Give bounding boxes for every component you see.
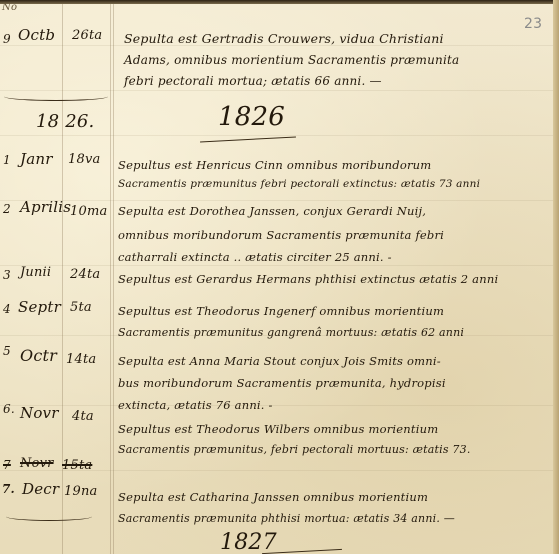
entry-text-line: Sacramentis præmunitus febri pectorali e… — [118, 178, 480, 190]
entry-text-line: Sacramentis præmunita phthisi mortua: æt… — [118, 512, 455, 525]
year-underline — [200, 136, 296, 142]
entry-text-line: omnibus moribundorum Sacramentis præmuni… — [118, 228, 444, 242]
year-heading: 1827 — [220, 530, 277, 554]
entry-month: Octb — [18, 26, 55, 44]
entry-number: 3 — [3, 268, 11, 282]
entry-text-line: Sacramentis præmunitus, febri pectorali … — [118, 443, 471, 456]
entry-day: 19na — [64, 484, 97, 499]
ruling — [0, 265, 553, 266]
entry-number: 9 — [3, 32, 11, 46]
entry-day: 5ta — [70, 300, 92, 315]
page-number: 23 — [524, 16, 542, 32]
entry-text-line: catharrali extincta .. ætatis circiter 2… — [118, 250, 392, 264]
column-divider-day — [110, 4, 111, 554]
number-column-header: No — [2, 2, 17, 13]
entry-number: 6. — [3, 402, 15, 416]
entry-day: 4ta — [72, 409, 94, 424]
year-label-left: 18 26. — [36, 111, 94, 132]
entry-text-line: febri pectorali mortua; ætatis 66 anni. … — [124, 74, 382, 88]
entry-text-line: extincta, ætatis 76 anni. - — [118, 398, 273, 412]
entry-month: Decr — [22, 480, 59, 498]
entry-number: 7. — [2, 482, 15, 496]
entry-number: 4 — [3, 302, 11, 316]
entry-day: 18va — [68, 152, 100, 167]
entry-text-line: Sepultus est Henricus Cinn omnibus morib… — [118, 158, 431, 172]
page-right-edge — [553, 0, 559, 554]
entry-month: Aprilis — [20, 198, 71, 216]
entry-day: 14ta — [66, 352, 96, 367]
entry-month: Junii — [20, 265, 51, 280]
entry-month: Novr — [20, 404, 59, 422]
entry-text-line: Sepulta est Anna Maria Stout conjux Jois… — [118, 354, 441, 368]
entry-text-line: Sepulta est Dorothea Janssen, conjux Ger… — [118, 204, 426, 218]
entry-month: Janr — [20, 150, 53, 168]
ruling — [0, 90, 553, 91]
entry-text-line: Sepulta est Gertradis Crouwers, vidua Ch… — [124, 31, 444, 46]
entry-number: 2 — [3, 202, 11, 216]
entry-day: 15ta — [62, 458, 92, 473]
entry-text-line: bus moribundorum Sacramentis præmunita, … — [118, 376, 446, 390]
entry-day: 24ta — [70, 267, 100, 282]
entry-number: 5 — [3, 344, 11, 358]
register-page: No 23 9 Octb 26ta Sepulta est Gertradis … — [0, 0, 559, 554]
ruling — [0, 200, 553, 201]
ruling — [0, 135, 553, 136]
entry-day: 26ta — [72, 28, 102, 43]
entry-text-line: Sepultus est Gerardus Hermans phthisi ex… — [118, 272, 498, 286]
entry-text-line: Adams, omnibus morientium Sacramentis pr… — [124, 53, 459, 67]
entry-text-line: Sepulta est Catharina Janssen omnibus mo… — [118, 490, 428, 504]
entry-month: Septr — [18, 298, 61, 316]
column-divider-text — [113, 4, 114, 554]
entry-month: Octr — [20, 346, 57, 365]
entry-number: 1 — [3, 153, 11, 167]
entry-day: 10ma — [70, 204, 107, 219]
page-top-edge — [0, 0, 559, 4]
entry-month: Novr — [20, 456, 54, 471]
entry-number: 7 — [3, 458, 11, 472]
ruling — [0, 405, 553, 406]
section-flourish — [6, 512, 92, 521]
year-heading: 1826 — [218, 102, 285, 132]
section-flourish — [4, 92, 108, 101]
entry-text-line: Sepultus est Theodorus Wilbers omnibus m… — [118, 422, 438, 436]
entry-text-line: Sepultus est Theodorus Ingenerf omnibus … — [118, 304, 444, 318]
entry-text-line: Sacramentis præmunitus gangrenâ mortuus:… — [118, 326, 464, 339]
